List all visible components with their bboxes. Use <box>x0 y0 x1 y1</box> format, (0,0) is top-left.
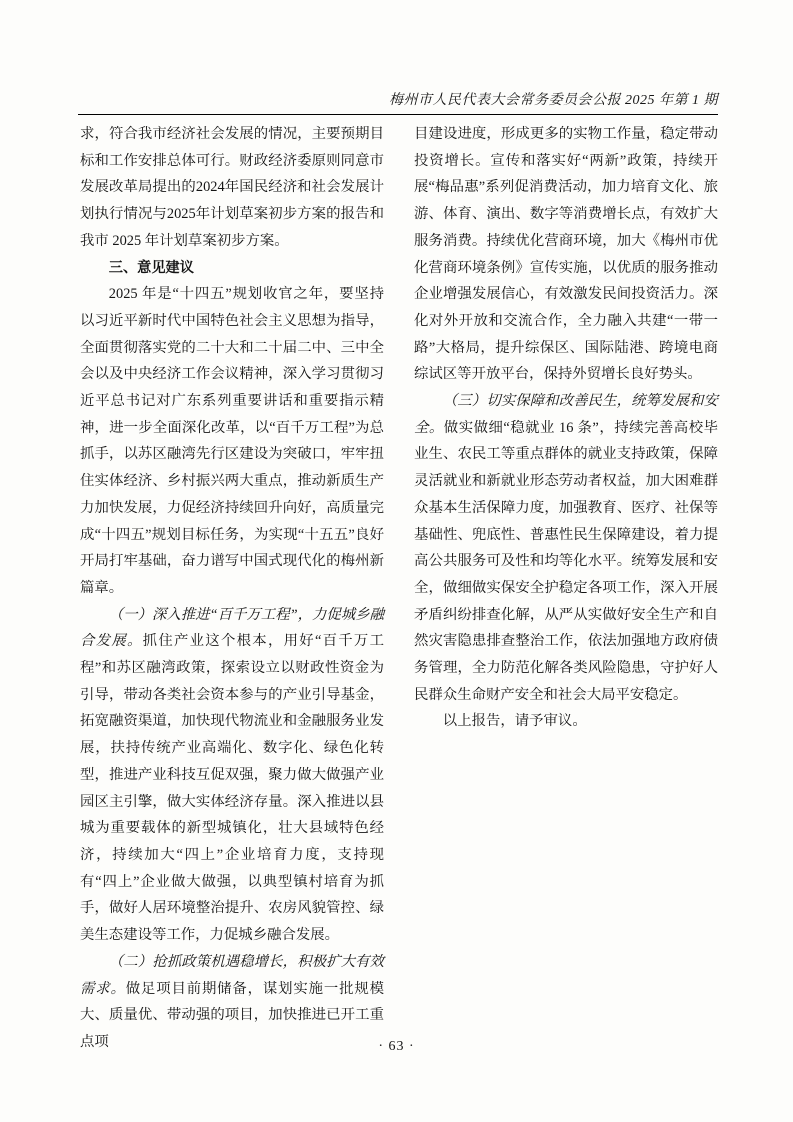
text-run-normal: 做实做细“稳就业 16 条”，持续完善高校毕业生、农民工等重点群体的就业支持政策… <box>414 420 718 703</box>
text-run-normal: 求，符合我市经济社会发展的情况，主要预期目标和工作安排总体可行。财政经济委原则同… <box>80 126 384 249</box>
text-run-normal: 2025 年是“十四五”规划收官之年，要坚持以习近平新时代中国特色社会主义思想为… <box>80 286 384 596</box>
text-run-normal: 抓住产业这个根本，用好“百千万工程”和苏区融湾政策，探索设立以财政性资金为引导，… <box>80 633 384 943</box>
header-rule <box>78 114 718 115</box>
paragraph: 2025 年是“十四五”规划收官之年，要坚持以习近平新时代中国特色社会主义思想为… <box>80 281 384 601</box>
paragraph: 以上报告，请予审议。 <box>414 708 718 735</box>
page-number: · 63 · <box>378 1039 414 1054</box>
paragraph: （三）切实保障和改善民生，统筹发展和安全。做实做细“稳就业 16 条”，持续完善… <box>414 388 718 708</box>
paragraph-continuation: 目建设进度，形成更多的实物工作量，稳定带动投资增长。宣传和落实好“两新”政策，持… <box>414 121 718 388</box>
gazette-page: 梅州市人民代表大会常务委员会公报 2025 年第 1 期 求，符合我市经济社会发… <box>0 0 793 1122</box>
paragraph-continuation: 求，符合我市经济社会发展的情况，主要预期目标和工作安排总体可行。财政经济委原则同… <box>80 121 384 255</box>
text-run-bold: 三、意见建议 <box>109 260 194 276</box>
body-columns: 求，符合我市经济社会发展的情况，主要预期目标和工作安排总体可行。财政经济委原则同… <box>80 121 718 1056</box>
page-footer: · 63 · <box>0 1039 793 1055</box>
left-column: 求，符合我市经济社会发展的情况，主要预期目标和工作安排总体可行。财政经济委原则同… <box>80 121 384 1056</box>
text-run-normal: 目建设进度，形成更多的实物工作量，稳定带动投资增长。宣传和落实好“两新”政策，持… <box>414 126 718 382</box>
right-column: 目建设进度，形成更多的实物工作量，稳定带动投资增长。宣传和落实好“两新”政策，持… <box>414 121 718 1056</box>
running-head: 梅州市人民代表大会常务委员会公报 2025 年第 1 期 <box>78 89 718 109</box>
section-heading: 三、意见建议 <box>80 255 384 282</box>
running-head-text: 梅州市人民代表大会常务委员会公报 2025 年第 1 期 <box>389 93 718 108</box>
paragraph: （一）深入推进“百千万工程”，力促城乡融合发展。抓住产业这个根本，用好“百千万工… <box>80 602 384 949</box>
text-run-normal: 以上报告，请予审议。 <box>443 713 587 729</box>
